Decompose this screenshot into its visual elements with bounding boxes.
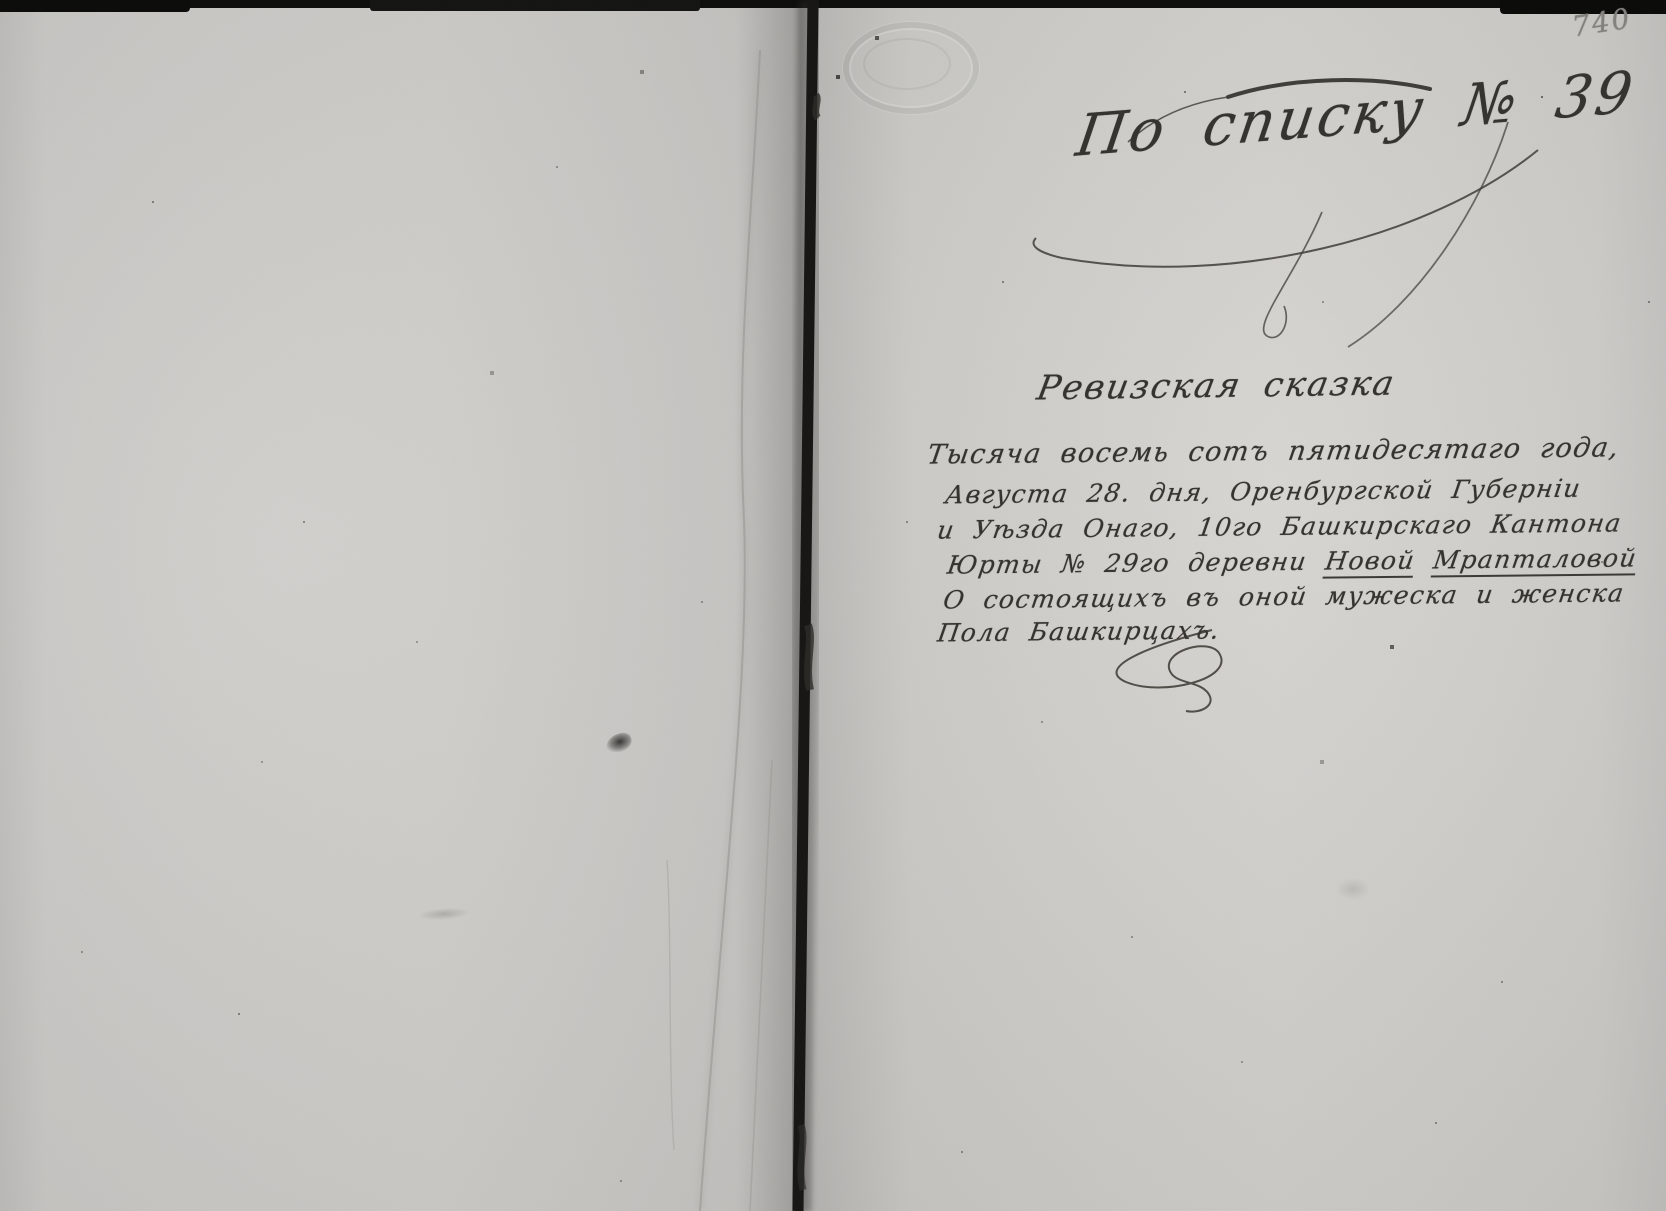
village-name-word1: Новой [1323, 546, 1417, 579]
body-line-village: Юрты № 29го деревни Новой Мрапталовой [945, 543, 1639, 579]
book-scan: 740 По списку № 39 Ревизская сказка Тыся… [0, 0, 1666, 1211]
village-name-word2: Мрапталовой [1431, 543, 1639, 577]
binding-stitch-bottom [801, 1125, 803, 1190]
header-letter-tail-icon [1264, 212, 1322, 338]
left-page-crease-thin [667, 860, 674, 1150]
body-line-bashkirs: Пола Башкирцахъ. [936, 616, 1223, 648]
binding-stitch-top [816, 95, 818, 118]
header-underline-flourish-icon [1034, 150, 1538, 267]
faint-smudge-right-page [1336, 878, 1370, 900]
left-page-crease-soft [700, 50, 760, 1211]
village-line-prefix: Юрты № 29го деревни [945, 547, 1327, 580]
document-title: Ревизская сказка [1034, 364, 1399, 409]
binding-stitch-middle [808, 625, 810, 690]
left-page-crease-secondary [750, 760, 772, 1211]
paper-specks [0, 0, 2, 2]
